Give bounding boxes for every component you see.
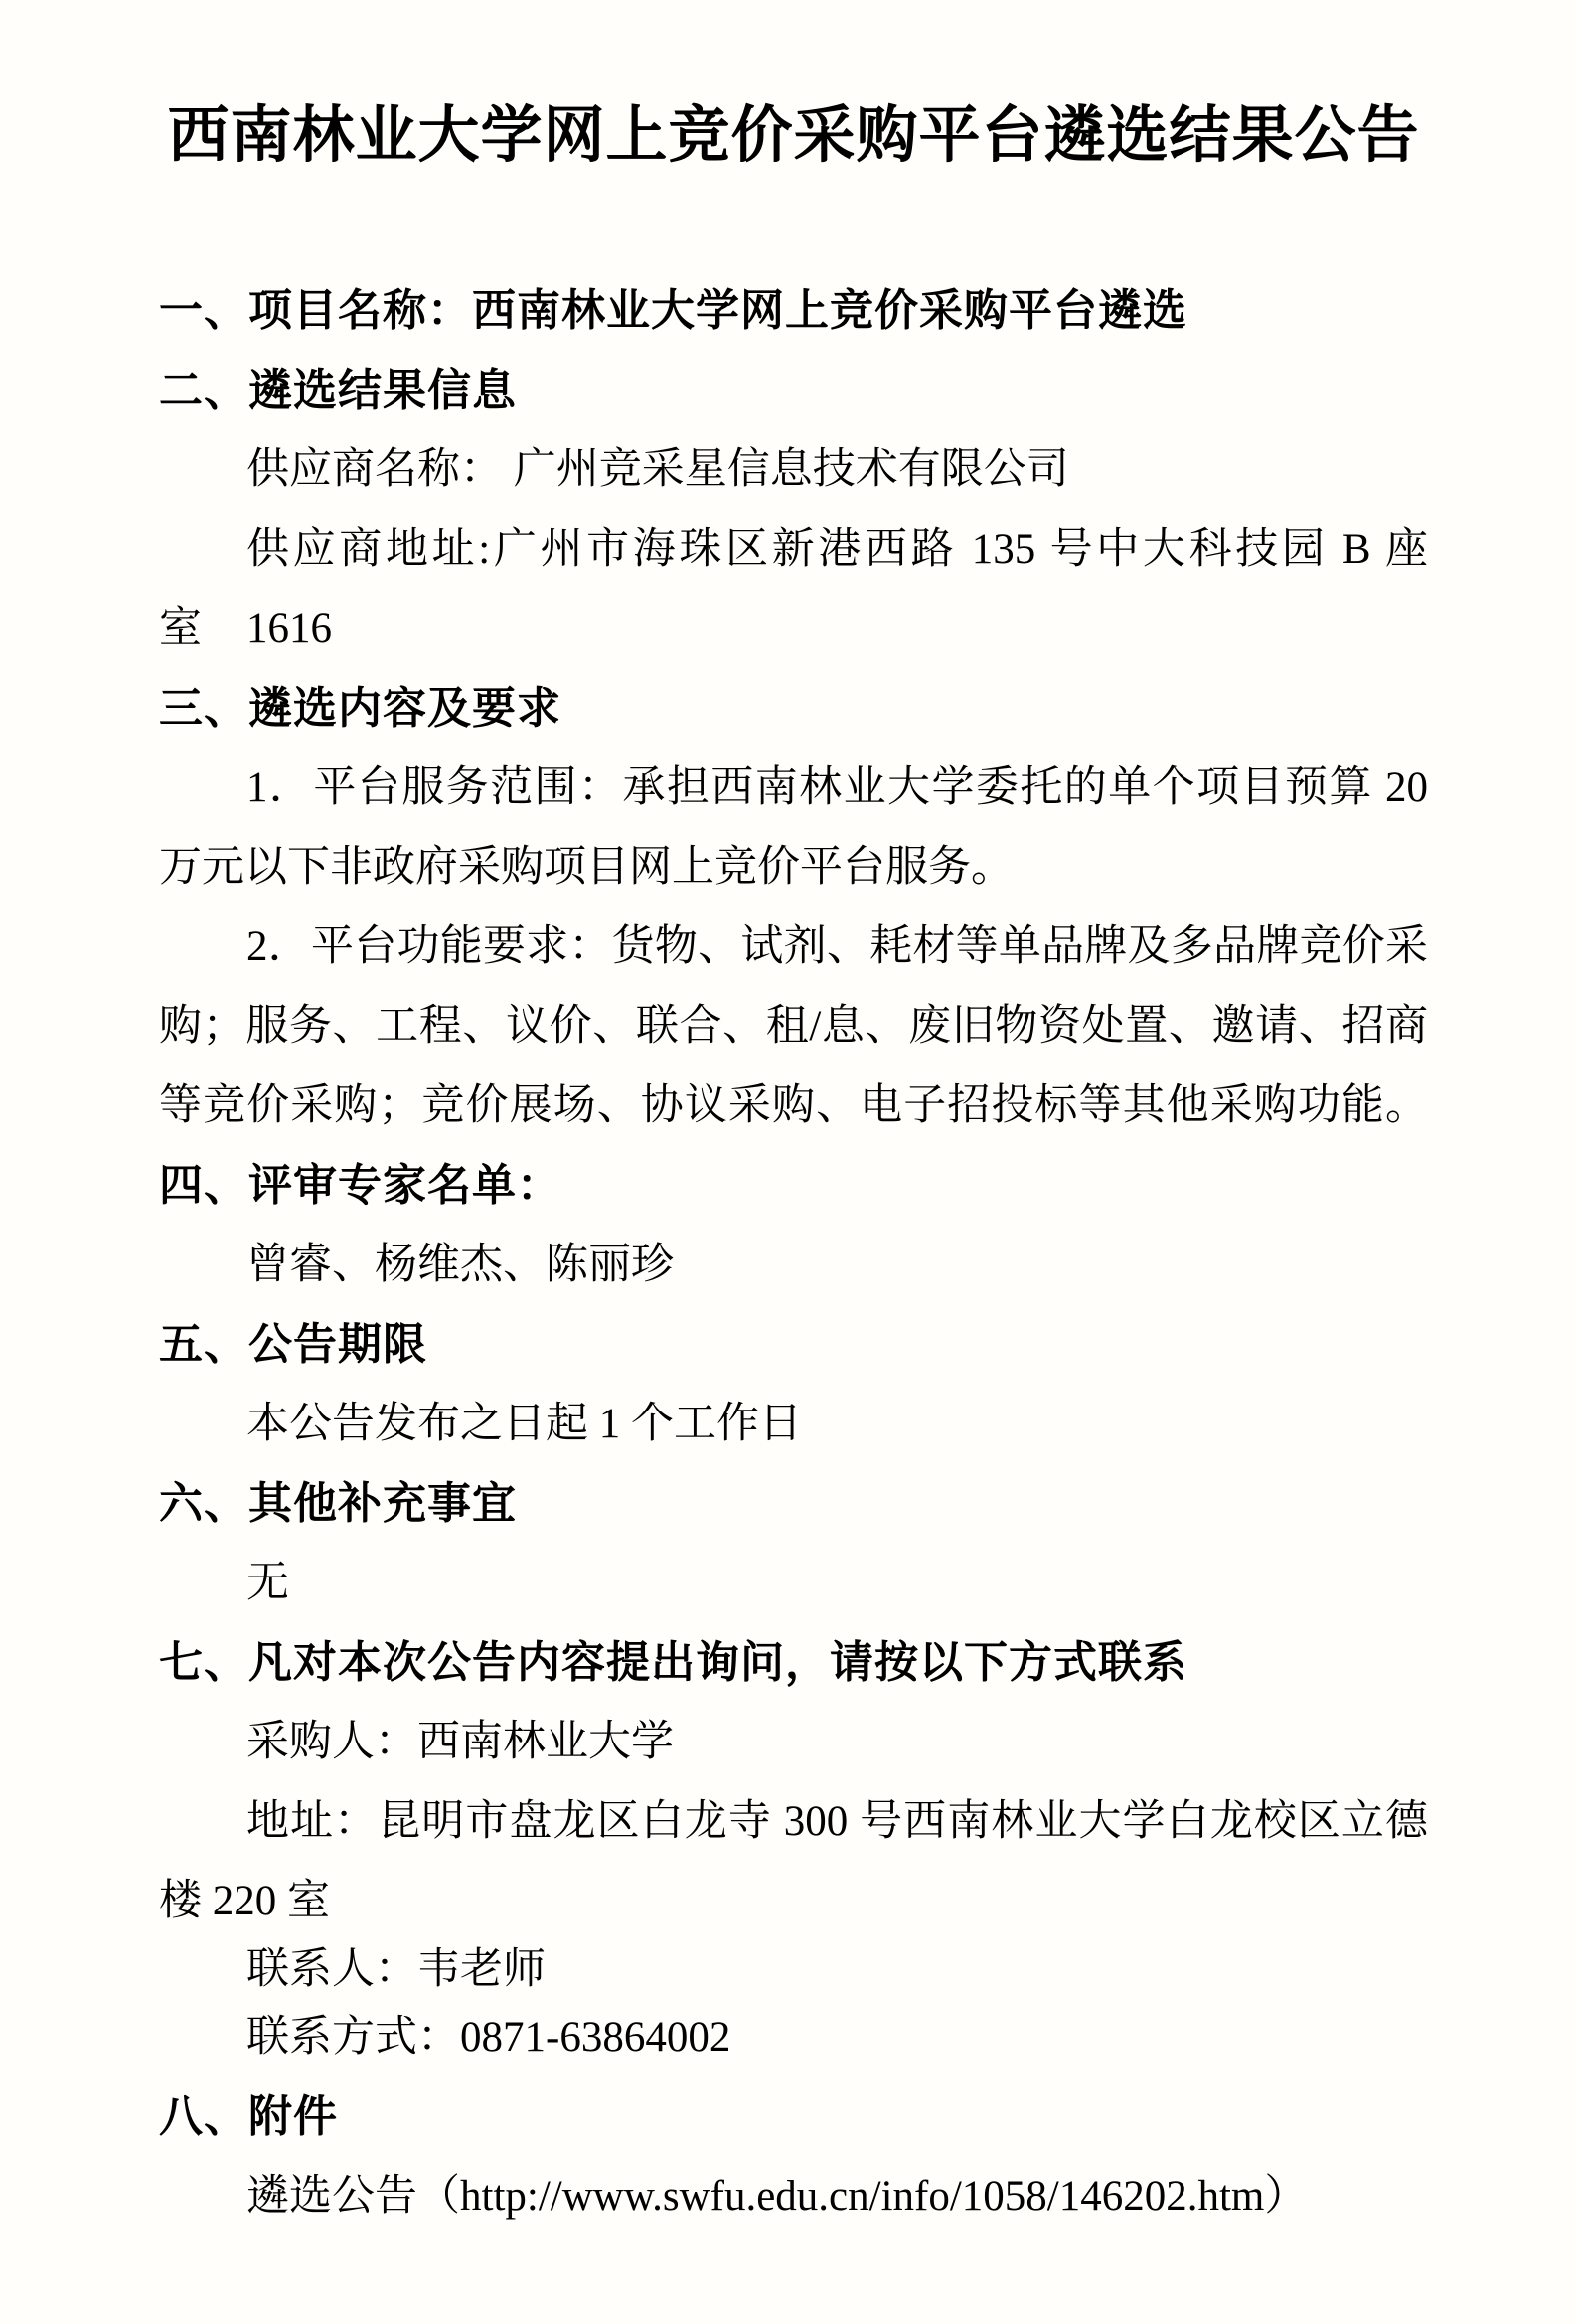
section-8-heading: 八、附件 — [159, 2077, 1428, 2157]
document-body: 一、项目名称：西南林业大学网上竞价采购平台遴选 二、遴选结果信息 供应商名称： … — [159, 271, 1428, 2237]
attachment-line: 遴选公告（http://www.swfu.edu.cn/info/1058/14… — [159, 2157, 1428, 2237]
item-1-scope-line: 1．平台服务范围：承担西南林业大学委托的单个项目预算 20 — [159, 748, 1428, 828]
section-6-heading: 六、其他补充事宜 — [159, 1464, 1428, 1544]
purchaser-address-cont: 楼 220 室 — [159, 1862, 1428, 1941]
supplier-address-line: 供应商地址:广州市海珠区新港西路 135 号中大科技园 B 座 1616 — [159, 510, 1428, 589]
supplier-name-line: 供应商名称： 广州竞采星信息技术有限公司 — [159, 430, 1428, 510]
document-title: 西南林业大学网上竞价采购平台遴选结果公告 — [159, 91, 1428, 181]
announcement-page: 西南林业大学网上竞价采购平台遴选结果公告 一、项目名称：西南林业大学网上竞价采购… — [0, 0, 1577, 2324]
purchaser-address-line: 地址：昆明市盘龙区白龙寺 300 号西南林业大学白龙校区立德 — [159, 1782, 1428, 1862]
supplier-address-cont: 室 — [159, 589, 1428, 669]
section-1-heading: 一、项目名称：西南林业大学网上竞价采购平台遴选 — [159, 271, 1428, 351]
section-2-heading: 二、遴选结果信息 — [159, 351, 1428, 430]
contact-person-line: 联系人：韦老师 — [159, 1941, 1428, 1998]
item-2-functions-cont-1: 购；服务、工程、议价、联合、租/息、废旧物资处置、邀请、招商 — [159, 987, 1428, 1067]
section-5-heading: 五、公告期限 — [159, 1305, 1428, 1385]
section-3-heading: 三、遴选内容及要求 — [159, 669, 1428, 748]
section-7-heading: 七、凡对本次公告内容提出询问，请按以下方式联系 — [159, 1623, 1428, 1703]
purchaser-line: 采购人：西南林业大学 — [159, 1703, 1428, 1782]
supplement-none-line: 无 — [159, 1544, 1428, 1623]
item-2-functions-cont-2: 等竞价采购；竞价展场、协议采购、电子招投标等其他采购功能。 — [159, 1067, 1428, 1146]
notice-period-line: 本公告发布之日起 1 个工作日 — [159, 1385, 1428, 1464]
section-4-heading: 四、评审专家名单： — [159, 1146, 1428, 1226]
expert-list-line: 曾睿、杨维杰、陈丽珍 — [159, 1226, 1428, 1305]
contact-phone-line: 联系方式：0871-63864002 — [159, 1998, 1428, 2077]
item-2-functions-line: 2．平台功能要求：货物、试剂、耗材等单品牌及多品牌竞价采 — [159, 908, 1428, 987]
item-1-scope-cont: 万元以下非政府采购项目网上竞价平台服务。 — [159, 828, 1428, 908]
